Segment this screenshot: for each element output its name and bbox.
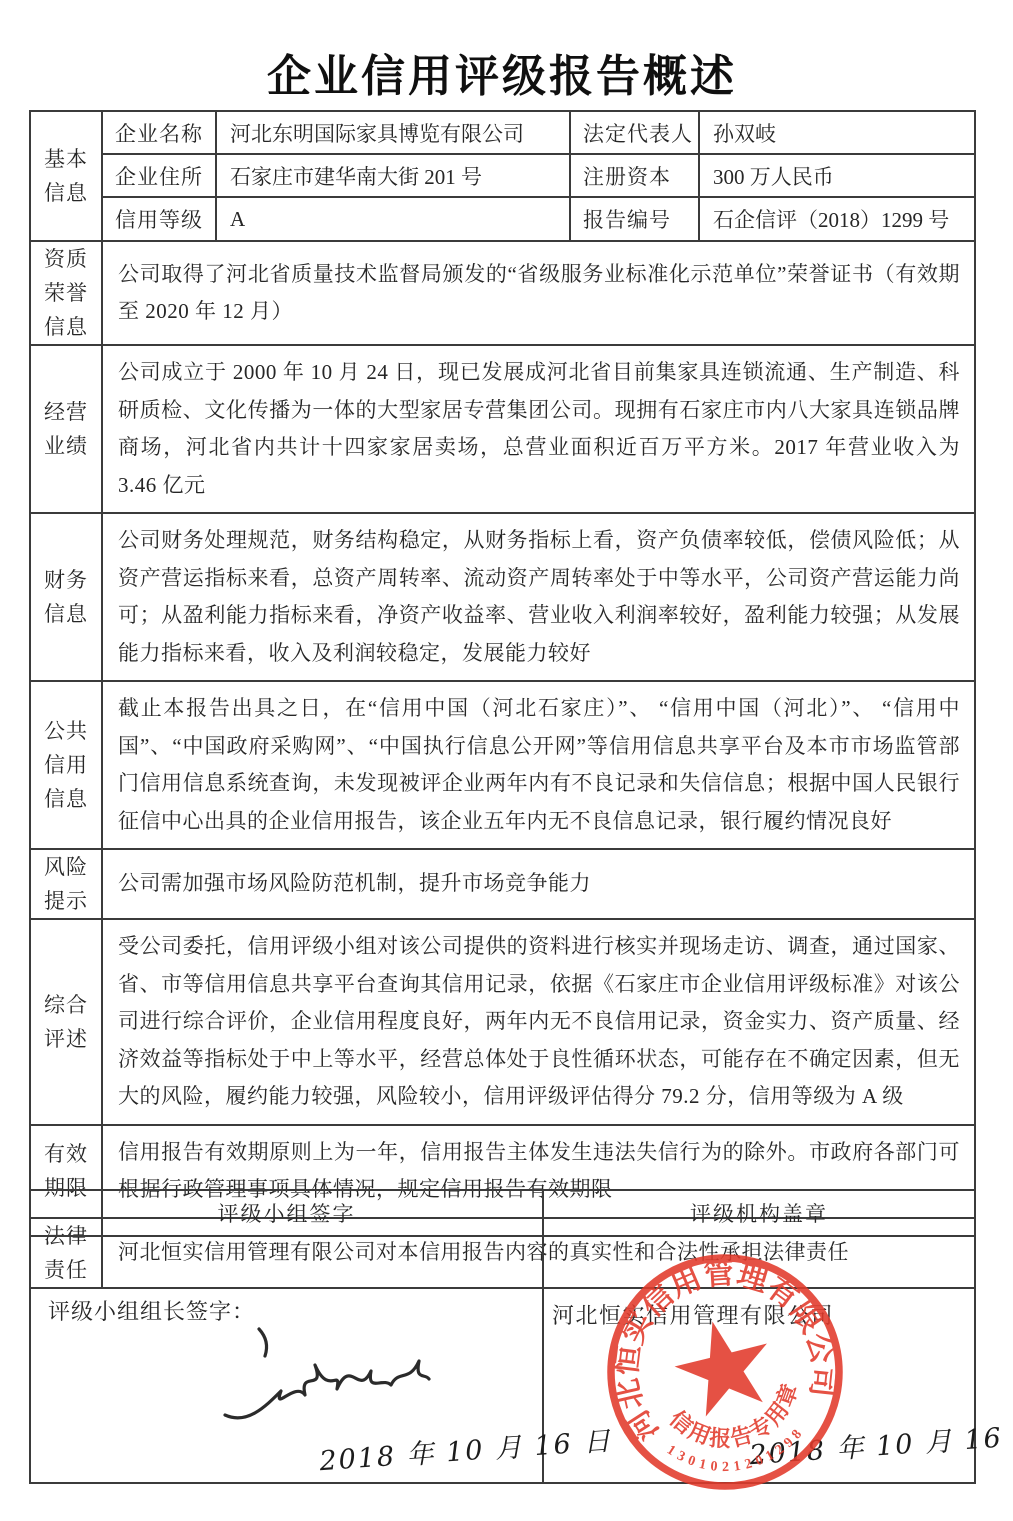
section-row: 风险提示 公司需加强市场风险防范机制，提升市场竞争能力 xyxy=(30,849,975,919)
handwritten-signature xyxy=(219,1323,434,1435)
company-address-label: 企业住所 xyxy=(102,154,216,197)
page-title: 企业信用评级报告概述 xyxy=(30,40,974,104)
seal-star-icon xyxy=(666,1310,780,1421)
company-name-label: 企业名称 xyxy=(102,111,216,154)
section-row: 资质荣誉信息 公司取得了河北省质量技术监督局颁发的“省级服务业标准化示范单位”荣… xyxy=(30,241,975,345)
signature-body-row: 评级小组组长签字： 2018 年 10 月 16 日 河北恒实信用管理有限公司 … xyxy=(30,1236,975,1483)
team-leader-signature-cell: 评级小组组长签字： 2018 年 10 月 16 日 xyxy=(30,1236,543,1483)
agency-stamp-cell: 河北恒实信用管理有限公司 2018 年 10 月 16 日 河北恒实信用管理有限… xyxy=(543,1236,975,1483)
section-row: 公共信用信息 截止本报告出具之日，在“信用中国（河北石家庄）”、 “信用中国（河… xyxy=(30,681,975,849)
section-row: 综合评述 受公司委托，信用评级小组对该公司提供的资料进行核实并现场走访、调查，通… xyxy=(30,919,975,1125)
rating-team-signature-header: 评级小组签字 xyxy=(30,1190,543,1236)
legal-representative-label: 法定代表人 xyxy=(570,111,699,154)
section-row: 财务信息 公司财务处理规范，财务结构稳定，从财务指标上看，资产负债率较低，偿债风… xyxy=(30,513,975,681)
rating-agency-stamp-header: 评级机构盖章 xyxy=(543,1190,975,1236)
section-label-public-credit-info: 公共信用信息 xyxy=(30,681,102,849)
team-leader-signature-label: 评级小组组长签字： xyxy=(48,1295,255,1326)
registered-capital-label: 注册资本 xyxy=(570,154,699,197)
signature-table: 评级小组签字 评级机构盖章 评级小组组长签字： 2018 年 10 月 16 日… xyxy=(29,1189,976,1484)
section-content-risk-warning: 公司需加强市场风险防范机制，提升市场竞争能力 xyxy=(102,849,975,919)
section-row: 经营业绩 公司成立于 2000 年 10 月 24 日，现已发展成河北省目前集家… xyxy=(30,345,975,513)
section-label-risk-warning: 风险提示 xyxy=(30,849,102,919)
section-label-business-performance: 经营业绩 xyxy=(30,345,102,513)
basic-info-row-3: 信用等级 A 报告编号 石企信评（2018）1299 号 xyxy=(30,197,975,241)
section-content-public-credit-info: 截止本报告出具之日，在“信用中国（河北石家庄）”、 “信用中国（河北）”、 “信… xyxy=(102,681,975,849)
section-label-financial-info: 财务信息 xyxy=(30,513,102,681)
section-label-qualification-honor: 资质荣誉信息 xyxy=(30,241,102,345)
signature-main-stroke xyxy=(225,1361,429,1418)
section-content-business-performance: 公司成立于 2000 年 10 月 24 日，现已发展成河北省目前集家具连锁流通… xyxy=(102,345,975,513)
report-table: 基本信息 企业名称 河北东明国际家具博览有限公司 法定代表人 孙双岐 企业住所 … xyxy=(29,110,976,1289)
section-label-comprehensive-review: 综合评述 xyxy=(30,919,102,1125)
basic-info-row-1: 基本信息 企业名称 河北东明国际家具博览有限公司 法定代表人 孙双岐 xyxy=(30,111,975,154)
section-content-comprehensive-review: 受公司委托，信用评级小组对该公司提供的资料进行核实并现场走访、调查，通过国家、省… xyxy=(102,919,975,1125)
company-name-value: 河北东明国际家具博览有限公司 xyxy=(216,111,570,154)
legal-representative-value: 孙双岐 xyxy=(699,111,975,154)
section-content-qualification-honor: 公司取得了河北省质量技术监督局颁发的“省级服务业标准化示范单位”荣誉证书（有效期… xyxy=(102,241,975,345)
credit-grade-value: A xyxy=(216,197,570,241)
company-address-value: 石家庄市建华南大街 201 号 xyxy=(216,154,570,197)
report-number-label: 报告编号 xyxy=(570,197,699,241)
report-number-value: 石企信评（2018）1299 号 xyxy=(699,197,975,241)
signature-tick-stroke xyxy=(259,1329,267,1356)
credit-grade-label: 信用等级 xyxy=(102,197,216,241)
basic-info-row-2: 企业住所 石家庄市建华南大街 201 号 注册资本 300 万人民币 xyxy=(30,154,975,197)
credit-report-page: 企业信用评级报告概述 基本信息 企业名称 河北东明国际家具博览有限公司 法定代表… xyxy=(0,0,1013,1521)
registered-capital-value: 300 万人民币 xyxy=(699,154,975,197)
section-label-basic-info: 基本信息 xyxy=(30,111,102,241)
section-content-financial-info: 公司财务处理规范，财务结构稳定，从财务指标上看，资产负债率较低，偿债风险低；从资… xyxy=(102,513,975,681)
signature-header-row: 评级小组签字 评级机构盖章 xyxy=(30,1190,975,1236)
company-seal: 河北恒实信用管理有限公司 信用报告专用章 1301021201298 xyxy=(595,1242,855,1502)
